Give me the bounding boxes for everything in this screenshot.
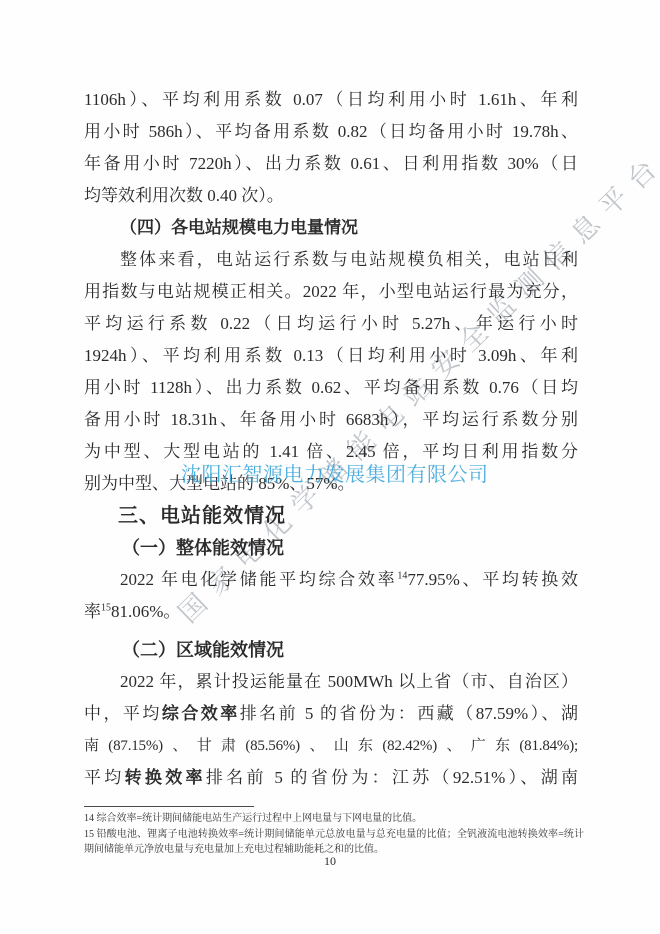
company-watermark-text: 沈阳汇智源电力发展集团有限公司 xyxy=(181,458,489,487)
text-segment: 年备用小时 7220h）、出力系数 0.61、日利用指数 30%（日 xyxy=(84,154,578,173)
body-line: 中，平均综合效率排名前 5 的省份为：西藏（87.59%）、湖 xyxy=(84,698,578,730)
footnote-reference: 14 xyxy=(397,570,407,581)
document-body: 1106h）、平均利用系数 0.07（日均利用小时 1.61h、年利用小时 58… xyxy=(84,84,578,794)
text-segment: 排名前 5 的省份为：江苏（92.51%）、湖南 xyxy=(206,768,578,787)
footnote-15: 15 铅酸电池、锂离子电池转换效率=统计期间储能单元总放电量与总充电量的比值；全… xyxy=(84,827,584,858)
subsection-heading-2: （二）区域能效情况 xyxy=(84,634,578,666)
body-line: 平均转换效率排名前 5 的省份为：江苏（92.51%）、湖南 xyxy=(84,762,578,794)
body-line: 率1581.06%。 xyxy=(84,596,578,628)
text-segment: 中，平均 xyxy=(84,704,162,723)
body-line: 南(87.15%)、甘肃(85.56%)、山东(82.42%)、广东(81.84… xyxy=(84,730,578,762)
body-line: 整体来看，电站运行系数与电站规模负相关，电站日利 xyxy=(84,244,578,276)
document-page: 国家电化学储能电站安全监测信息平台 沈阳汇智源电力发展集团有限公司 1106h）… xyxy=(0,0,660,934)
text-segment: 排名前 5 的省份为：西藏（87.59%）、湖 xyxy=(240,704,578,723)
text-segment: 用小时 1128h）、出力系数 0.62、平均备用系数 0.76（日均 xyxy=(84,378,578,397)
text-segment: 77.95%、平均转换效 xyxy=(407,570,578,589)
footnote-reference: 15 xyxy=(101,602,111,613)
body-line: 用小时 586h）、平均备用系数 0.82（日均备用小时 19.78h、 xyxy=(84,116,578,148)
chapter-heading-3: 三、电站能效情况 xyxy=(84,500,578,532)
text-segment: 用指数与电站规模正相关。2022 年，小型电站运行最为充分， xyxy=(84,282,578,301)
text-segment: 81.06%。 xyxy=(111,602,180,621)
text-segment: （一）整体能效情况 xyxy=(122,538,284,558)
text-segment: 平均 xyxy=(84,768,125,787)
body-line: 1924h）、平均利用系数 0.13（日均利用小时 3.09h、年利 xyxy=(84,340,578,372)
subsection-heading-1: （一）整体能效情况 xyxy=(84,532,578,564)
body-line: 均等效利用次数 0.40 次）。 xyxy=(84,180,578,212)
emphasized-text: 转换效率 xyxy=(125,768,206,787)
body-line: 平均运行系数 0.22（日均运行小时 5.27h、年运行小时 xyxy=(84,308,578,340)
body-line: 2022 年电化学储能平均综合效率1477.95%、平均转换效 xyxy=(84,564,578,596)
text-segment: 用小时 586h）、平均备用系数 0.82（日均备用小时 19.78h、 xyxy=(84,122,578,141)
text-segment: 整体来看，电站运行系数与电站规模负相关，电站日利 xyxy=(120,250,578,269)
emphasized-text: 综合效率 xyxy=(162,704,240,723)
text-segment: 均等效利用次数 0.40 次）。 xyxy=(84,186,284,205)
text-segment: 1924h）、平均利用系数 0.13（日均利用小时 3.09h、年利 xyxy=(84,346,578,365)
text-segment: （二）区域能效情况 xyxy=(122,640,284,660)
text-segment: 1106h）、平均利用系数 0.07（日均利用小时 1.61h、年利 xyxy=(84,90,578,109)
body-line: 用小时 1128h）、出力系数 0.62、平均备用系数 0.76（日均 xyxy=(84,372,578,404)
page-number: 10 xyxy=(0,854,660,869)
text-segment: 备用小时 18.31h、年备用小时 6683h），平均运行系数分别 xyxy=(84,410,578,429)
text-segment: 南(87.15%)、甘肃(85.56%)、山东(82.42%)、广东(81.84… xyxy=(84,738,578,754)
body-line: 1106h）、平均利用系数 0.07（日均利用小时 1.61h、年利 xyxy=(84,84,578,116)
section-heading-4: （四）各电站规模电力电量情况 xyxy=(84,212,578,244)
text-segment: 2022 年电化学储能平均综合效率 xyxy=(120,570,397,589)
text-segment: 率 xyxy=(84,602,101,621)
footnote-14: 14 综合效率=统计期间储能电站生产运行过程中上网电量与下网电量的比值。 xyxy=(84,811,584,827)
text-segment: 2022 年，累计投运能量在 500MWh 以上省（市、自治区） xyxy=(120,672,578,691)
text-segment: （四）各电站规模电力电量情况 xyxy=(120,218,358,237)
text-segment: 三、电站能效情况 xyxy=(118,505,286,527)
footnote-separator xyxy=(84,806,254,807)
body-line: 年备用小时 7220h）、出力系数 0.61、日利用指数 30%（日 xyxy=(84,148,578,180)
text-segment: 平均运行系数 0.22（日均运行小时 5.27h、年运行小时 xyxy=(84,314,578,333)
body-line: 备用小时 18.31h、年备用小时 6683h），平均运行系数分别 xyxy=(84,404,578,436)
footnotes-block: 14 综合效率=统计期间储能电站生产运行过程中上网电量与下网电量的比值。15 铅… xyxy=(84,811,584,858)
body-line: 用指数与电站规模正相关。2022 年，小型电站运行最为充分， xyxy=(84,276,578,308)
body-line: 2022 年，累计投运能量在 500MWh 以上省（市、自治区） xyxy=(84,666,578,698)
